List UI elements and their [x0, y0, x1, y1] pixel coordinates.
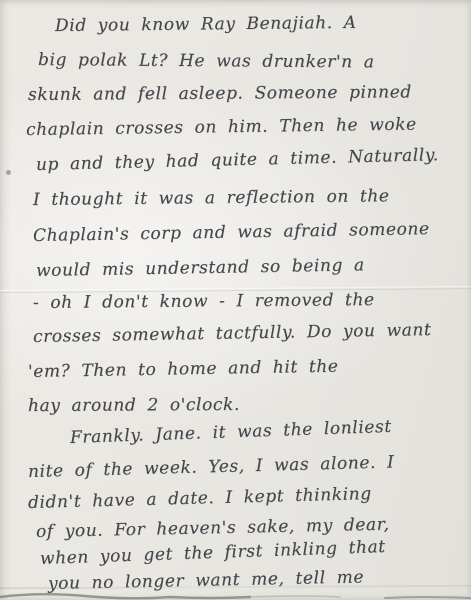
handwritten-line: Chaplain's corp and was afraid someone: [33, 219, 430, 246]
handwritten-line: Frankly. Jane. it was the lonliest: [70, 417, 392, 448]
handwritten-line: 'em? Then to home and hit the: [28, 357, 339, 382]
handwritten-line: - oh I don't know - I removed the: [33, 290, 375, 313]
handwritten-line: would mis understand so being a: [36, 255, 365, 281]
handwritten-line: Did you know Ray Benajiah. A: [55, 13, 357, 36]
handwritten-line: when you get the first inkling that: [40, 537, 386, 569]
handwritten-line: I thought it was a reflection on the: [33, 186, 390, 210]
handwritten-line: hay around 2 o'clock.: [28, 395, 240, 416]
handwritten-line: nite of the week. Yes, I was alone. I: [28, 452, 395, 482]
handwritten-line: chaplain crosses on him. Then he woke: [26, 115, 417, 140]
paper-speck: [6, 170, 11, 175]
handwritten-line: you no longer want me, tell me: [48, 567, 364, 594]
handwritten-line: didn't have a date. I kept thinking: [28, 484, 372, 513]
handwritten-line: up and they had quite a time. Naturally.: [36, 145, 439, 175]
handwritten-line: skunk and fell asleep. Someone pinned: [28, 82, 412, 105]
letter-paper: Did you know Ray Benajiah. A big polak L…: [0, 0, 471, 600]
handwritten-line: crosses somewhat tactfully. Do you want: [33, 320, 432, 347]
handwritten-line: big polak Lt? He was drunker'n a: [38, 50, 375, 72]
